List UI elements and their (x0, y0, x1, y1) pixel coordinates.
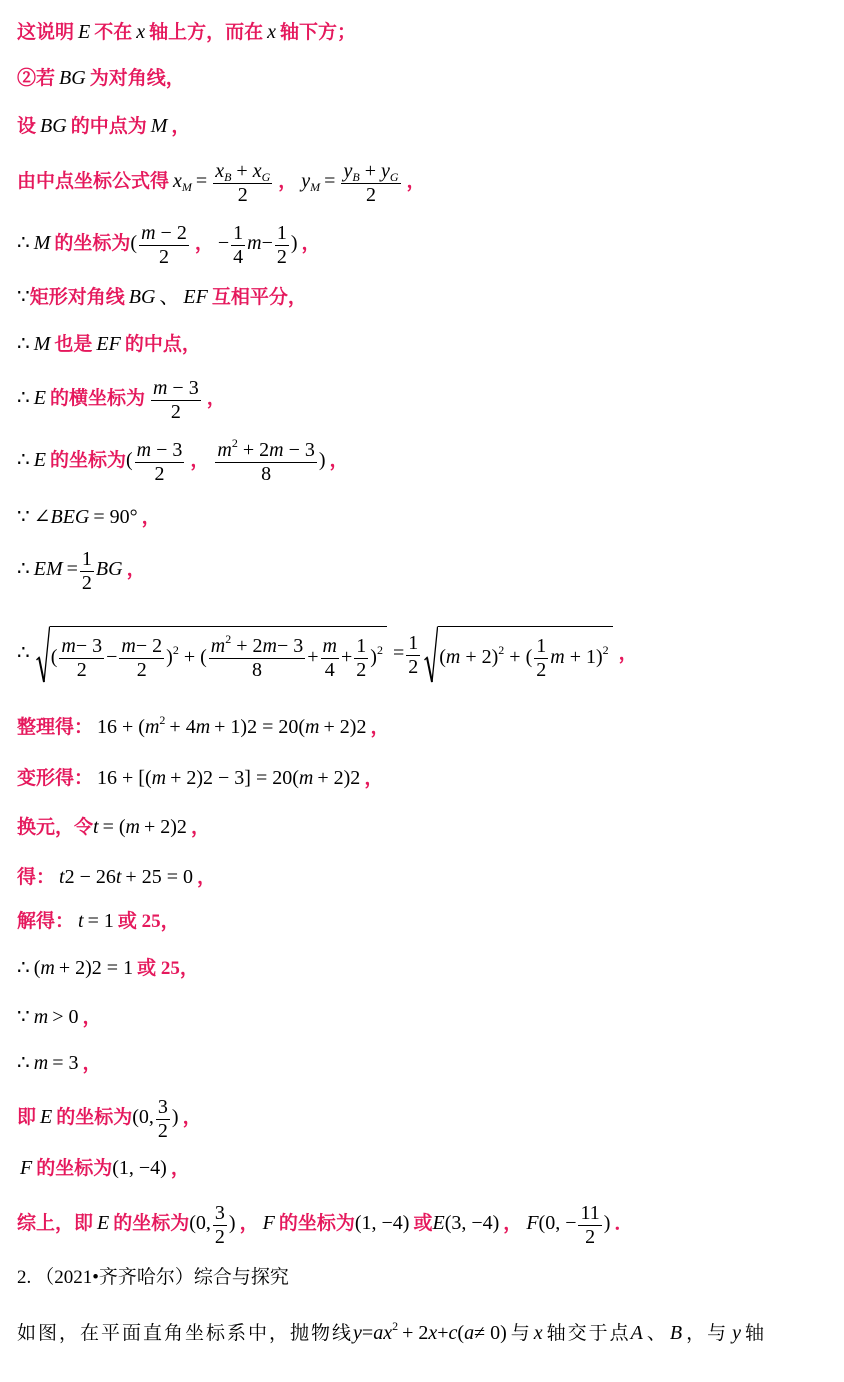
math-var: m (137, 439, 151, 461)
highlight-text: 整理得： (17, 717, 93, 738)
paren-right: ) (291, 232, 298, 254)
math-var: m (446, 646, 460, 668)
highlight-text: 变形得： (17, 768, 93, 789)
angle-symbol: ∠ (34, 506, 51, 528)
math-var: x (428, 1322, 437, 1344)
fraction-numerator: m − 2 (139, 222, 189, 245)
line-distance-equation: ∴ ( m− 3 2 − m− 2 2 )2 + ( m2 + 2m− 3 8 … (17, 623, 638, 683)
fraction-numerator: 1 (406, 632, 420, 655)
comma: ， (127, 559, 146, 580)
line-e-x-coordinate: ∴ E 的横坐标为 m − 3 2 ， (17, 368, 226, 428)
math-superscript: 2 (392, 1319, 398, 1333)
highlight-text: 的坐标为 (54, 233, 130, 254)
highlight-text: 的中点， (125, 334, 201, 355)
math-var: x (267, 21, 276, 43)
math-superscript: 2 (159, 713, 165, 727)
line-m-midpoint-ef: ∴ M 也是 EF 的中点， (17, 314, 201, 374)
math-var: m (196, 716, 210, 738)
math-text: = ( (103, 816, 126, 838)
math-var: a (464, 1322, 474, 1344)
math-var: y (343, 160, 352, 182)
math-var: E (97, 1212, 109, 1234)
math-text: 16 + ( (97, 716, 145, 738)
highlight-text: 的横坐标为 (50, 388, 145, 409)
math-text: + 1)2 = 20( (214, 716, 305, 738)
math-var: BEG (51, 506, 90, 528)
math-text: − 2 (161, 222, 187, 244)
comma: ， (302, 233, 321, 254)
math-text: + 2 (236, 635, 262, 657)
math-text: + 1) (570, 646, 603, 668)
math-text: (3, −4) (445, 1212, 500, 1234)
radical-sign (36, 626, 50, 684)
math-text: + 2 (243, 439, 269, 461)
fraction-denominator: 2 (59, 658, 104, 682)
math-text: − 3 (289, 439, 315, 461)
highlight-text: 的中点为 (71, 116, 147, 137)
math-superscript: 2 (225, 632, 231, 646)
line-f-result: F 的坐标为(1, −4) ， (20, 1138, 190, 1198)
math-operator: = (362, 1322, 373, 1344)
highlight-text: 的坐标为 (56, 1107, 132, 1128)
comma: ， (171, 116, 190, 137)
fraction-denominator: 2 (151, 400, 201, 424)
fraction-numerator: m2 + 2m − 3 (215, 439, 316, 462)
separator: 、 (159, 286, 179, 308)
highlight-text: 轴下方； (280, 22, 356, 43)
fraction-denominator: 2 (578, 1225, 601, 1249)
math-var: m (121, 635, 135, 657)
math-var: y (732, 1322, 741, 1344)
math-operator: + (341, 646, 352, 668)
fraction-denominator: 2 (139, 245, 189, 269)
highlight-text: 或 (413, 1213, 432, 1234)
math-var: m (263, 635, 277, 657)
fraction-numerator: 3 (156, 1096, 170, 1119)
line-em-half-bg: ∴ EM = 1 2 BG ， (17, 539, 146, 599)
math-var: F (20, 1157, 32, 1179)
math-var: BG (96, 558, 123, 580)
fraction-numerator: 1 (80, 548, 94, 571)
fraction-numerator: m2 + 2m− 3 (209, 635, 305, 658)
math-operator: = (393, 642, 404, 664)
fraction: 1 2 (275, 222, 289, 269)
therefore-symbol: ∴ (17, 333, 30, 355)
paren-right: ) (319, 449, 326, 471)
math-var: y (301, 170, 310, 192)
fraction-denominator: 4 (231, 245, 245, 269)
math-var: BG (59, 67, 86, 89)
math-operator: + (509, 646, 520, 668)
problem-statement: 如图，在平面直角坐标系中，抛物线y=ax2 + 2x+c(a≠ 0) 与 x 轴… (17, 1303, 764, 1363)
highlight-text: 矩形对角线 (30, 287, 125, 308)
comma: ， (240, 1213, 259, 1234)
fraction-numerator: xB + xG (213, 160, 272, 183)
fraction-denominator: 2 (534, 658, 548, 682)
math-var: m (34, 1052, 48, 1074)
paren-left: ( (439, 646, 446, 668)
math-var: y (353, 1322, 362, 1344)
math-subscript: B (352, 170, 359, 184)
fraction-numerator: 1 (275, 222, 289, 245)
fraction-numerator: yB + yG (341, 160, 400, 183)
paren-left: ( (126, 449, 133, 471)
math-operator: = (196, 170, 207, 192)
comma: ， (370, 717, 389, 738)
math-text: + 25 = 0 (125, 866, 193, 888)
line-m-coordinates: ∴ M 的坐标为( m − 2 2 ， − 1 4 m− 1 2 ) ， (17, 213, 321, 273)
fraction-denominator: 8 (215, 462, 316, 486)
math-var: M (151, 115, 168, 137)
highlight-text: 不在 (94, 22, 132, 43)
highlight-text: 互相平分， (212, 287, 307, 308)
fraction-denominator: 2 (119, 658, 164, 682)
math-text: = 90° (93, 506, 137, 528)
math-subscript: G (262, 170, 271, 184)
highlight-text: 的坐标为 (279, 1213, 355, 1234)
math-var: E (432, 1212, 444, 1234)
math-superscript: 2 (173, 643, 179, 657)
problem-number: 2. (17, 1267, 31, 1288)
math-var: m (299, 767, 313, 789)
comma: ， (407, 171, 426, 192)
radical-sign (424, 626, 438, 684)
problem-source-title: （2021•齐齐哈尔）综合与探究 (35, 1267, 289, 1288)
line-e-coordinates: ∴ E 的坐标为( m − 3 2 ， m2 + 2m − 3 8 ) ， (17, 430, 349, 490)
math-text: (1, −4) (355, 1212, 410, 1234)
highlight-text: 的坐标为 (50, 450, 126, 471)
highlight-text: 这说明 (17, 22, 74, 43)
fraction-denominator: 2 (406, 655, 420, 679)
fraction: m− 2 2 (119, 635, 164, 682)
therefore-symbol: ∴ (17, 449, 30, 471)
math-var: B (670, 1322, 682, 1344)
comma: ， (278, 171, 297, 192)
comma: ， (82, 1053, 101, 1074)
period: ． (614, 1213, 633, 1234)
comma: ， (364, 768, 383, 789)
math-var: y (381, 160, 390, 182)
math-var: BG (40, 115, 67, 137)
radicand: ( m− 3 2 − m− 2 2 )2 + ( m2 + 2m− 3 8 + … (50, 626, 387, 684)
math-operator: − (262, 232, 273, 254)
math-text: + 2) (465, 646, 498, 668)
math-operator: + (184, 646, 195, 668)
problem-text: 轴 (745, 1323, 764, 1344)
fraction: xB + xG 2 (213, 160, 272, 207)
comma: ， (191, 817, 210, 838)
math-var: m (305, 716, 319, 738)
math-text: + 2)2 (144, 816, 187, 838)
math-var: t (78, 910, 84, 932)
fraction-denominator: 2 (80, 571, 94, 595)
fraction: 1 2 (354, 635, 368, 682)
math-text: 16 + [( (97, 767, 152, 789)
math-superscript: 2 (498, 643, 504, 657)
paren-right: ) (166, 646, 173, 668)
math-var: E (34, 387, 46, 409)
fraction: m2 + 2m− 3 8 (209, 635, 305, 682)
math-var: F (526, 1212, 538, 1234)
fraction-denominator: 2 (341, 183, 400, 207)
math-var: E (40, 1106, 52, 1128)
line-angle-beg: ∵ ∠BEG = 90° ， (17, 487, 161, 547)
paren-left: ( (130, 232, 137, 254)
comma: ， (171, 1158, 190, 1179)
math-text: ≠ 0) (474, 1322, 507, 1344)
comma: ， (195, 233, 214, 254)
fraction-denominator: 2 (213, 1225, 227, 1249)
math-var: x (215, 160, 224, 182)
highlight-text: 即 (17, 1107, 36, 1128)
math-var: m (153, 377, 167, 399)
therefore-symbol: ∴ (17, 957, 30, 979)
highlight-text: 换元，令 (17, 817, 93, 838)
math-var: m (61, 635, 75, 657)
therefore-symbol: ∴ (17, 387, 30, 409)
math-text: + 2)2 − 3] = 20( (170, 767, 299, 789)
comma: ， (197, 867, 216, 888)
highlight-text: 为对角线， (90, 68, 185, 89)
math-operator: − (218, 232, 229, 254)
math-text: 2 − 26 (65, 866, 116, 888)
math-subscript: B (224, 170, 231, 184)
fraction-numerator: 1 (231, 222, 245, 245)
math-operator: − (106, 646, 117, 668)
math-text: + 2)2 (317, 767, 360, 789)
fraction: 11 2 (578, 1202, 601, 1249)
because-symbol: ∵ (17, 1006, 30, 1028)
comma: ， (619, 643, 638, 664)
line-conclusion: 综上，即 E 的坐标为(0, 3 2 ) ， F 的坐标为(1, −4) 或E(… (17, 1193, 633, 1253)
math-var: m (269, 439, 283, 461)
fraction-numerator: m− 2 (119, 635, 164, 658)
comma: ， (82, 1007, 101, 1028)
problem-heading: 2. （2021•齐齐哈尔）综合与探究 (17, 1248, 289, 1308)
math-var: E (34, 449, 46, 471)
fraction: m− 3 2 (59, 635, 104, 682)
highlight-text: 综上，即 (17, 1213, 93, 1234)
highlight-text: 或 25， (137, 958, 199, 979)
highlight-text: 也是 (54, 334, 92, 355)
math-subscript: M (310, 180, 320, 194)
math-text: + 2)2 (324, 716, 367, 738)
math-var: EM (34, 558, 63, 580)
therefore-symbol: ∴ (17, 232, 30, 254)
math-var: E (78, 21, 90, 43)
fraction-denominator: 2 (213, 183, 272, 207)
fraction: yB + yG 2 (341, 160, 400, 207)
comma: ， (183, 1107, 202, 1128)
math-var: M (34, 333, 51, 355)
math-superscript: 2 (377, 643, 383, 657)
math-var: m (217, 439, 231, 461)
square-root: ( m− 3 2 − m− 2 2 )2 + ( m2 + 2m− 3 8 + … (36, 626, 387, 684)
comma: ， (142, 507, 161, 528)
math-text: ) (604, 1212, 611, 1234)
fraction: 1 2 (80, 548, 94, 595)
fraction: m − 3 2 (151, 377, 201, 424)
fraction-numerator: 1 (534, 635, 548, 658)
fraction-numerator: m− 3 (59, 635, 104, 658)
fraction-numerator: m − 3 (135, 439, 185, 462)
fraction: 1 2 (406, 632, 420, 679)
paren-left: ( (200, 646, 207, 668)
math-text: (0, (189, 1212, 211, 1234)
math-var: t (93, 816, 99, 838)
paren-left: ( (51, 646, 58, 668)
highlight-text: 由中点坐标公式得 (17, 171, 169, 192)
math-text: (1, −4) (112, 1157, 167, 1179)
fraction-numerator: m − 3 (151, 377, 201, 400)
math-var: m (126, 816, 140, 838)
therefore-symbol: ∴ (17, 1052, 30, 1074)
fraction-denominator: 2 (354, 658, 368, 682)
math-var: m (34, 1006, 48, 1028)
separator: 、 (647, 1323, 666, 1344)
math-text: > 0 (52, 1006, 78, 1028)
math-text: = 1 (88, 910, 114, 932)
highlight-text: 得： (17, 867, 55, 888)
math-var: m (141, 222, 155, 244)
math-var: m (40, 957, 54, 979)
highlight-text: ②若 (17, 68, 55, 89)
highlight-text: 的坐标为 (113, 1213, 189, 1234)
fraction: 3 2 (156, 1096, 170, 1143)
math-operator: + (437, 1322, 448, 1344)
fraction-denominator: 8 (209, 658, 305, 682)
highlight-text: 的坐标为 (36, 1158, 112, 1179)
fraction: 1 2 (534, 635, 548, 682)
highlight-text: 轴上方，而在 (149, 22, 263, 43)
paren-right: ) (370, 646, 377, 668)
fraction-numerator: 11 (578, 1202, 601, 1225)
math-var: m (247, 232, 261, 254)
math-text: = 3 (52, 1052, 78, 1074)
radicand: (m + 2)2 + ( 1 2 m + 1)2 (438, 626, 612, 684)
math-text: (0, − (539, 1212, 577, 1234)
fraction-denominator: 2 (275, 245, 289, 269)
fraction-numerator: 1 (354, 635, 368, 658)
math-operator: + (236, 160, 247, 182)
math-var: EF (96, 333, 120, 355)
math-text: + 2 (402, 1322, 428, 1344)
math-subscript: G (390, 170, 399, 184)
math-var: m (550, 646, 564, 668)
math-text: − 3 (76, 635, 102, 657)
comma: ， (503, 1213, 522, 1234)
math-var: m (211, 635, 225, 657)
because-symbol: ∵ (17, 286, 30, 308)
line-midpoint-formula: 由中点坐标公式得 xM = xB + xG 2 ， yM = yB + yG 2… (17, 151, 426, 211)
because-symbol: ∵ (17, 506, 30, 528)
highlight-text: 解得： (17, 911, 74, 932)
math-text: − 3 (156, 439, 182, 461)
math-operator: = (324, 170, 335, 192)
fraction: 1 4 (231, 222, 245, 269)
math-text: − 3 (277, 635, 303, 657)
problem-text: 轴交于点 (547, 1323, 631, 1344)
problem-text: 如图，在平面直角坐标系中，抛物线 (17, 1323, 353, 1344)
problem-text: ，与 (686, 1323, 728, 1344)
math-operator: + (307, 646, 318, 668)
paren-left: ( (526, 646, 533, 668)
highlight-text: 设 (17, 116, 36, 137)
math-superscript: 2 (603, 643, 609, 657)
comma: ， (207, 388, 226, 409)
math-superscript: 2 (232, 436, 238, 450)
math-var: x (534, 1322, 543, 1344)
math-text: − 2 (136, 635, 162, 657)
math-var: x (136, 21, 145, 43)
fraction-denominator: 2 (135, 462, 185, 486)
fraction: m 4 (321, 635, 339, 682)
math-text: + 2)2 = 1 (59, 957, 133, 979)
math-operator: = (67, 558, 78, 580)
math-text: (0, (132, 1106, 154, 1128)
math-var: ax (373, 1322, 392, 1344)
fraction: 3 2 (213, 1202, 227, 1249)
math-var: EF (183, 286, 207, 308)
fraction-denominator: 4 (321, 658, 339, 682)
math-var: BG (129, 286, 156, 308)
math-text: + 4 (169, 716, 195, 738)
fraction: m − 3 2 (135, 439, 185, 486)
line-m-equals-3: ∴ m = 3 ， (17, 1033, 101, 1093)
therefore-symbol: ∴ (17, 558, 30, 580)
math-text: − 3 (172, 377, 198, 399)
math-var: x (253, 160, 262, 182)
therefore-symbol: ∴ (17, 642, 30, 664)
math-var: t (116, 866, 122, 888)
math-text: ) (229, 1212, 236, 1234)
fraction: m2 + 2m − 3 8 (215, 439, 316, 486)
fraction: m − 2 2 (139, 222, 189, 269)
comma: ， (330, 450, 349, 471)
math-text: ) (172, 1106, 179, 1128)
math-var: m (152, 767, 166, 789)
fraction-numerator: 3 (213, 1202, 227, 1225)
math-var: x (173, 170, 182, 192)
math-subscript: M (182, 180, 192, 194)
math-var: m (145, 716, 159, 738)
math-var: M (34, 232, 51, 254)
math-var: F (263, 1212, 275, 1234)
problem-text: 与 (511, 1323, 530, 1344)
highlight-text: 或 25， (118, 911, 180, 932)
comma: ， (190, 450, 209, 471)
line-midpoint-m: 设 BG 的中点为 M ， (17, 96, 190, 156)
math-var: A (631, 1322, 643, 1344)
square-root: (m + 2)2 + ( 1 2 m + 1)2 (424, 626, 612, 684)
math-operator: + (365, 160, 376, 182)
fraction-numerator: m (321, 635, 339, 658)
